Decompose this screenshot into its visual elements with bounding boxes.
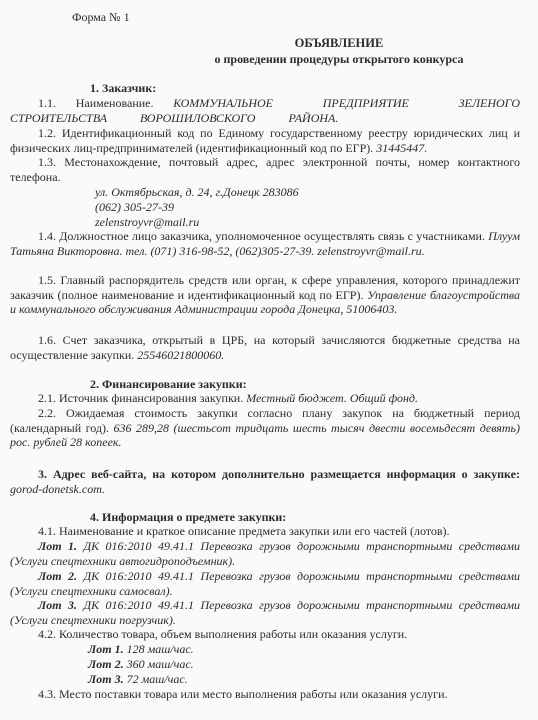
- s1-3-label: 1.3. Местонахождение, почтовый адрес, ад…: [10, 155, 520, 184]
- section-3-heading: 3. Адрес веб-сайта, на котором дополните…: [38, 467, 520, 481]
- lot-3-label: Лот 3.: [38, 598, 77, 612]
- lot-2-qty-label: Лот 2.: [88, 657, 124, 671]
- lot-1-label: Лот 1.: [38, 539, 77, 553]
- lot-1-qty-label: Лот 1.: [88, 642, 124, 656]
- section-1-6: 1.6. Счет заказчика, открытый в ЦРБ, на …: [10, 333, 520, 362]
- lot-3-description: Лот 3. ДК 016:2010 49.41.1 Перевозка гру…: [10, 598, 520, 627]
- section-4-3: 4.3. Место поставки товара или место вып…: [10, 687, 520, 702]
- section-4-heading: 4. Информация о предмете закупки:: [90, 510, 286, 525]
- section-2-2: 2.2. Ожидаемая стоимость закупки согласн…: [10, 406, 520, 450]
- s1-6-label: 1.6. Счет заказчика, открытый в ЦРБ, на …: [10, 333, 520, 362]
- lot-1-qty-value: 128 маш/час.: [127, 642, 194, 656]
- lot-1-quantity: Лот 1. 128 маш/час.: [88, 642, 194, 656]
- s1-2-label: 1.2. Идентификационный код по Единому го…: [10, 126, 520, 155]
- section-3-website: gorod-donetsk.com.: [10, 482, 105, 496]
- s1-3-email: zelenstroyvr@mail.ru: [95, 215, 199, 229]
- lot-3-quantity: Лот 3. 72 маш/час.: [88, 672, 188, 686]
- s1-3-address: ул. Октябрьская, д. 24, г.Донецк 283086: [95, 185, 299, 199]
- lot-3-text: ДК 016:2010 49.41.1 Перевозка грузов дор…: [10, 598, 520, 627]
- s4-2-label: 4.2. Количество товара, объем выполнения…: [38, 627, 407, 641]
- lot-2-label: Лот 2.: [38, 569, 77, 583]
- lot-2-quantity: Лот 2. 360 маш/час.: [88, 657, 194, 671]
- s4-1-label: 4.1. Наименование и краткое описание пре…: [38, 524, 450, 538]
- lot-2-description: Лот 2. ДК 016:2010 49.41.1 Перевозка гру…: [10, 569, 520, 598]
- lot-2-qty-value: 360 маш/час.: [127, 657, 194, 671]
- s2-1-label: 2.1. Источник финансирования закупки.: [38, 391, 243, 405]
- lot-2-text: ДК 016:2010 49.41.1 Перевозка грузов дор…: [10, 569, 520, 598]
- section-2-1: 2.1. Источник финансирования закупки. Ме…: [10, 391, 520, 406]
- document-subtitle: о проведении процедуры открытого конкурс…: [0, 52, 538, 67]
- s1-4-label: 1.4. Должностное лицо заказчика, уполном…: [38, 229, 485, 243]
- s1-2-value: 31445447.: [376, 141, 427, 155]
- section-1-2: 1.2. Идентификационный код по Единому го…: [10, 126, 520, 155]
- section-4-1: 4.1. Наименование и краткое описание пре…: [10, 524, 520, 539]
- section-1-5: 1.5. Главный распорядитель средств или о…: [10, 273, 520, 317]
- document-page: Форма № 1 ОБЪЯВЛЕНИЕ о проведении процед…: [0, 0, 538, 720]
- form-label: Форма № 1: [72, 10, 130, 25]
- s4-3-label: 4.3. Место поставки товара или место вып…: [38, 687, 448, 701]
- section-3: 3. Адрес веб-сайта, на котором дополните…: [10, 467, 520, 496]
- section-1-4: 1.4. Должностное лицо заказчика, уполном…: [10, 229, 520, 258]
- section-1-1: 1.1. Наименование. КОММУНАЛЬНОЕ ПРЕДПРИЯ…: [10, 96, 520, 125]
- lot-3-qty-label: Лот 3.: [88, 672, 124, 686]
- document-title: ОБЪЯВЛЕНИЕ: [0, 36, 538, 51]
- section-4-2: 4.2. Количество товара, объем выполнения…: [10, 627, 520, 642]
- lot-3-qty-value: 72 маш/час.: [127, 672, 188, 686]
- lot-1-description: Лот 1. ДК 016:2010 49.41.1 Перевозка гру…: [10, 539, 520, 568]
- section-2-heading: 2. Финансирование закупки:: [90, 377, 247, 392]
- section-1-3: 1.3. Местонахождение, почтовый адрес, ад…: [10, 155, 520, 184]
- s1-6-value: 25546021800060.: [137, 348, 224, 362]
- s2-1-value: Местный бюджет. Общий фонд.: [246, 391, 418, 405]
- s1-1-label: 1.1. Наименование.: [38, 96, 153, 110]
- section-1-heading: 1. Заказчик:: [90, 81, 156, 96]
- s1-3-phone: (062) 305-27-39: [95, 200, 174, 214]
- lot-1-text: ДК 016:2010 49.41.1 Перевозка грузов дор…: [10, 539, 520, 568]
